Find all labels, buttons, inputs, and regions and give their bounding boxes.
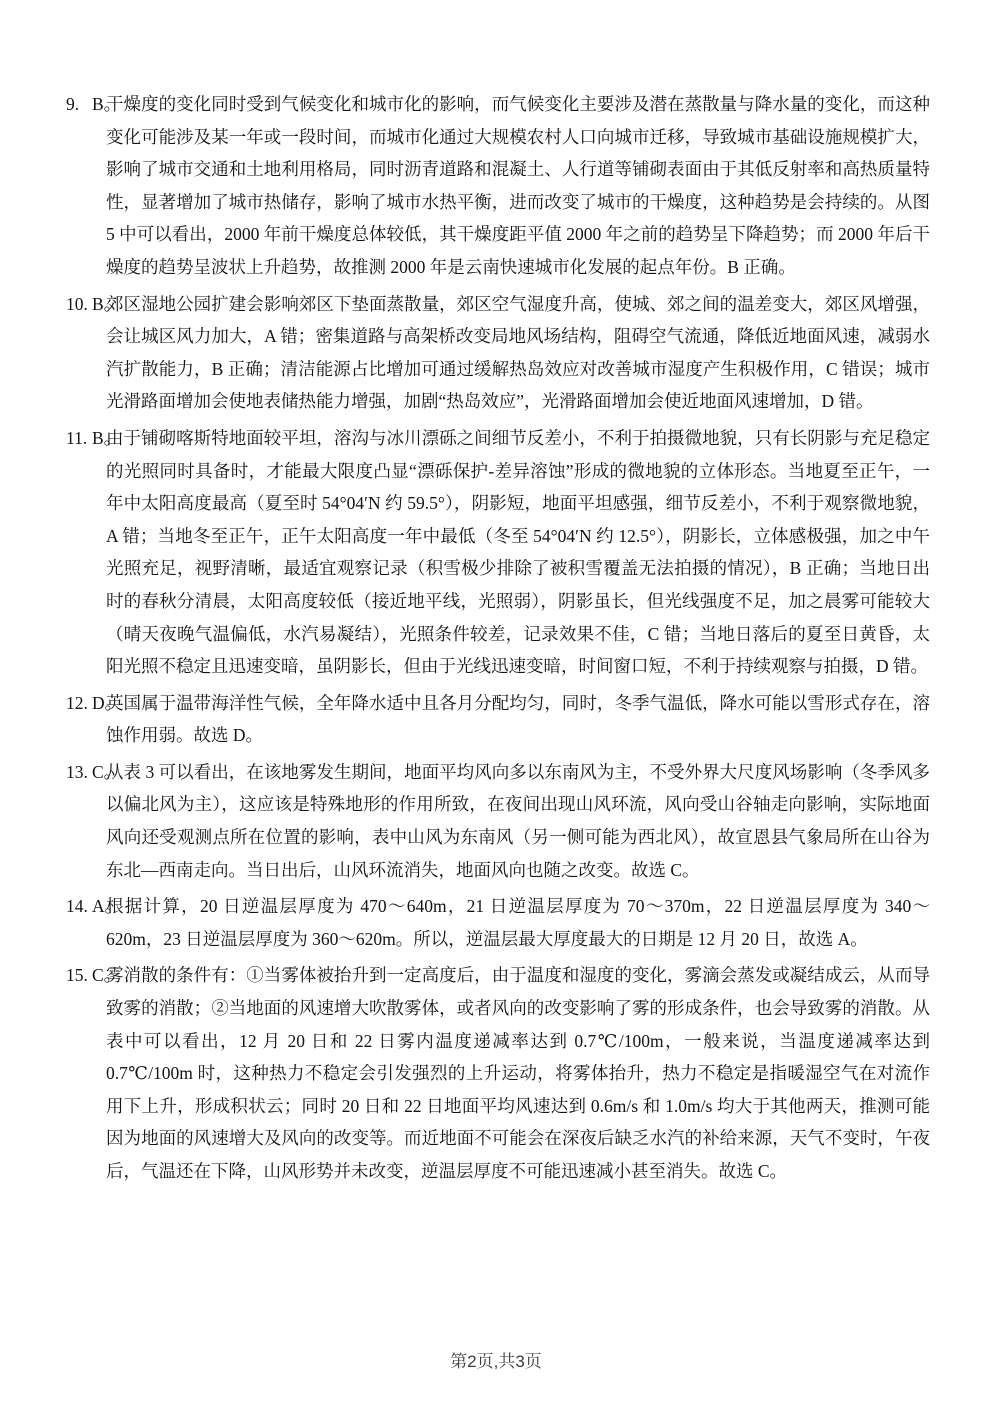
page-footer: 第2页,共3页 (0, 1347, 992, 1372)
question-number: 10. (66, 288, 92, 321)
answer-letter: A。 (92, 896, 122, 916)
answer-letter: C。 (92, 965, 121, 985)
answer-item-12: 12.D。英国属于温带海洋性气候，全年降水适中且各月分配均匀，同时，冬季气温低，… (66, 687, 930, 752)
question-number: 15. (66, 959, 92, 992)
answer-item-11: 11.B。由于铺砌喀斯特地面较平坦，溶沟与冰川漂砾之间细节反差小，不利于拍摄微地… (66, 422, 930, 683)
answer-explanation: 郊区湿地公园扩建会影响郊区下垫面蒸散量，郊区空气湿度升高，使城、郊之间的温差变大… (106, 294, 930, 412)
answer-item-9: 9.B。干燥度的变化同时受到气候变化和城市化的影响，而气候变化主要涉及潜在蒸散量… (66, 88, 930, 284)
answer-item-10: 10.B。郊区湿地公园扩建会影响郊区下垫面蒸散量，郊区空气湿度升高，使城、郊之间… (66, 288, 930, 418)
question-number: 9. (66, 88, 92, 121)
answer-item-13: 13.C。从表 3 可以看出，在该地雾发生期间，地面平均风向多以东南风为主，不受… (66, 756, 930, 886)
answer-item-14: 14.A。根据计算，20 日逆温层厚度为 470～640m，21 日逆温层厚度为… (66, 890, 930, 955)
answer-explanation: 根据计算，20 日逆温层厚度为 470～640m，21 日逆温层厚度为 70～3… (106, 896, 930, 949)
answer-item-prefix: 9.B。 (66, 88, 121, 121)
answer-letter: D。 (92, 693, 122, 713)
question-number: 14. (66, 890, 92, 923)
answer-item-prefix: 15.C。 (66, 959, 121, 992)
answer-list: 9.B。干燥度的变化同时受到气候变化和城市化的影响，而气候变化主要涉及潜在蒸散量… (66, 88, 930, 1192)
answer-letter: C。 (92, 762, 121, 782)
answer-letter: B。 (92, 94, 121, 114)
question-number: 12. (66, 687, 92, 720)
answer-item-prefix: 12.D。 (66, 687, 122, 720)
answer-explanation: 由于铺砌喀斯特地面较平坦，溶沟与冰川漂砾之间细节反差小，不利于拍摄微地貌，只有长… (106, 428, 930, 676)
answer-item-15: 15.C。雾消散的条件有：①当雾体被抬升到一定高度后，由于温度和湿度的变化，雾滴… (66, 959, 930, 1187)
answer-explanation: 从表 3 可以看出，在该地雾发生期间，地面平均风向多以东南风为主，不受外界大尺度… (106, 762, 930, 880)
question-number: 13. (66, 756, 92, 789)
answer-item-prefix: 13.C。 (66, 756, 121, 789)
answer-explanation: 英国属于温带海洋性气候，全年降水适中且各月分配均匀，同时，冬季气温低，降水可能以… (106, 693, 930, 746)
question-number: 11. (66, 422, 92, 455)
answer-explanation: 雾消散的条件有：①当雾体被抬升到一定高度后，由于温度和湿度的变化，雾滴会蒸发或凝… (106, 965, 930, 1181)
answer-item-prefix: 10.B。 (66, 288, 121, 321)
answer-letter: B。 (92, 294, 121, 314)
answer-letter: B。 (92, 428, 121, 448)
answer-item-prefix: 14.A。 (66, 890, 122, 923)
answer-item-prefix: 11.B。 (66, 422, 121, 455)
answer-explanation: 干燥度的变化同时受到气候变化和城市化的影响，而气候变化主要涉及潜在蒸散量与降水量… (106, 94, 930, 277)
